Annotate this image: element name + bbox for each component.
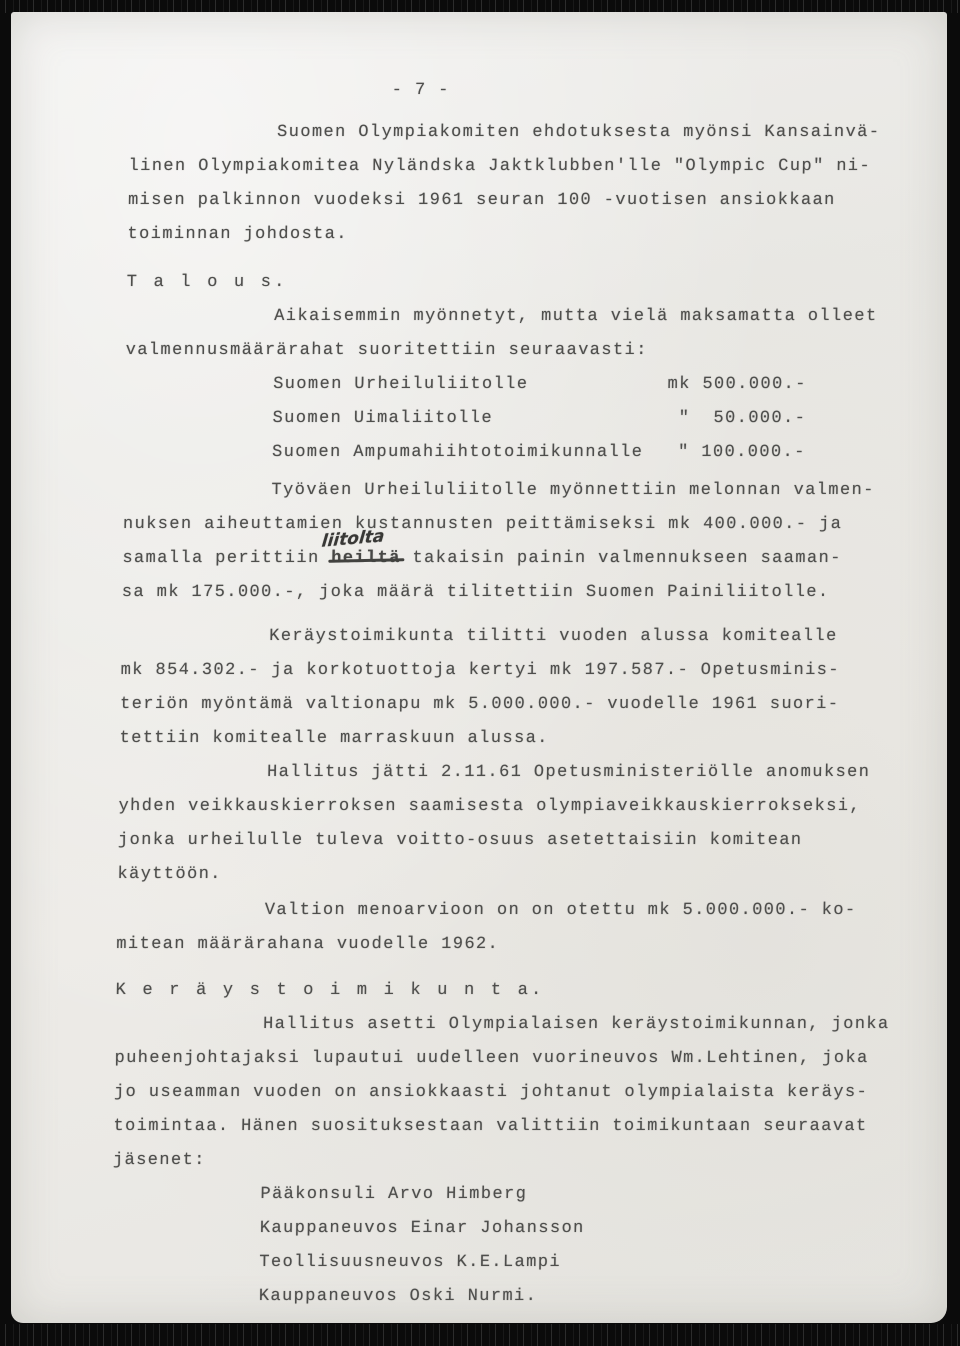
text-line: Teollisuusneuvos K.E.Lampi — [111, 1246, 874, 1280]
text-line: toimintaa. Hänen suosituksestaan valitti… — [113, 1110, 876, 1144]
paragraph: Hallitus jätti 2.11.61 Opetusministeriöl… — [117, 756, 881, 892]
text-line: valmennusmäärärahat suoritettiin seuraav… — [125, 334, 888, 368]
text-line: Suomen Olympiakomiten ehdotuksesta myöns… — [129, 116, 892, 150]
handwritten-correction: liitolta — [320, 519, 386, 559]
text-line: Hallitus asetti Olympialaisen keräystoim… — [115, 1008, 878, 1042]
text-line: jo useamman vuoden on ansiokkaasti johta… — [114, 1076, 877, 1110]
section-heading-text: K e r ä y s t o i m i k u n t a. — [115, 974, 878, 1008]
text-line: Valtion menoarvioon on on otettu mk 5.00… — [117, 894, 880, 928]
text-line: Hallitus jätti 2.11.61 Opetusministeriöl… — [119, 756, 882, 790]
text-line: tettiin komitealle marraskuun alussa. — [119, 722, 882, 756]
document-page: - 7 -Suomen Olympiakomiten ehdotuksesta … — [11, 12, 947, 1323]
text-line: jäsenet: — [113, 1144, 876, 1178]
paragraph: Hallitus asetti Olympialaisen keräystoim… — [113, 1008, 878, 1178]
section-heading-text: T a l o u s. — [126, 266, 889, 300]
text-run: samalla perittiin — [122, 549, 331, 568]
text-line: mk 854.302.- ja korkotuottoja kertyi mk … — [120, 654, 883, 688]
text-line: yhden veikkauskierroksen saamisesta olym… — [118, 790, 881, 824]
paragraph: Suomen Olympiakomiten ehdotuksesta myöns… — [127, 116, 891, 252]
heading: K e r ä y s t o i m i k u n t a. — [115, 974, 878, 1008]
text-line: teriön myöntämä valtionapu mk 5.000.000.… — [120, 688, 883, 722]
text-line: toiminnan johdosta. — [127, 218, 890, 252]
struck-word: heiltäliitolta — [331, 549, 401, 568]
paragraph: Valtion menoarvioon on on otettu mk 5.00… — [116, 894, 879, 962]
text-line: Suomen Uimaliitolle " 50.000.- — [124, 402, 887, 436]
text-line: puheenjohtajaksi lupautui uudelleen vuor… — [114, 1042, 877, 1076]
text-line: Suomen Urheiluliitolle mk 500.000.- — [125, 368, 888, 402]
text-line: Työväen Urheiluliitolle myönnettiin melo… — [123, 474, 886, 508]
paragraph: Aikaisemmin myönnetyt, mutta vielä maksa… — [125, 300, 888, 368]
text-line: misen palkinnon vuodeksi 1961 seuran 100… — [128, 184, 891, 218]
heading: T a l o u s. — [126, 266, 889, 300]
name-list: Pääkonsuli Arvo HimbergKauppaneuvos Eina… — [111, 1178, 875, 1314]
text-line: Suomen Ampumahiihtotoimikunnalle " 100.0… — [124, 436, 887, 470]
paragraph: Työväen Urheiluliitolle myönnettiin melo… — [122, 474, 886, 610]
paragraph: Keräystoimikunta tilitti vuoden alussa k… — [119, 620, 883, 756]
text-line: Keräystoimikunta tilitti vuoden alussa k… — [121, 620, 884, 654]
scanner-edge-bottom — [0, 1324, 960, 1346]
text-line: sa mk 175.000.-, joka määrä tilitettiin … — [122, 576, 885, 610]
text-line: Aikaisemmin myönnetyt, mutta vielä maksa… — [126, 300, 889, 334]
text-line: Pääkonsuli Arvo Himberg — [112, 1178, 875, 1212]
text-line: käyttöön. — [117, 858, 880, 892]
scan-frame: - 7 -Suomen Olympiakomiten ehdotuksesta … — [0, 0, 960, 1346]
page-number: - 7 - — [39, 74, 892, 108]
money-list: Suomen Urheiluliitolle mk 500.000.-Suome… — [124, 368, 888, 470]
text-line: mitean määrärahana vuodelle 1962. — [116, 928, 879, 962]
text-line: jonka urheilulle tuleva voitto-osuus ase… — [118, 824, 881, 858]
text-line: Kauppaneuvos Einar Johansson — [112, 1212, 875, 1246]
text-run: takaisin painin valmennukseen saaman- — [401, 549, 842, 568]
document-content: - 7 -Suomen Olympiakomiten ehdotuksesta … — [111, 74, 892, 1314]
text-line: nuksen aiheuttamien kustannusten peittäm… — [123, 508, 886, 542]
text-line: Kauppaneuvos Oski Nurmi. — [111, 1280, 874, 1314]
page-number-text: - 7 - — [0, 74, 892, 108]
text-line: samalla perittiin heiltäliitolta takaisi… — [122, 542, 885, 576]
text-line: linen Olympiakomitea Nyländska Jaktklubb… — [128, 150, 891, 184]
